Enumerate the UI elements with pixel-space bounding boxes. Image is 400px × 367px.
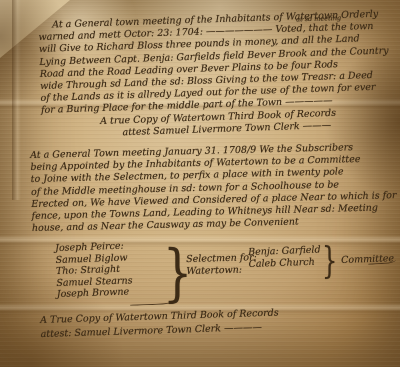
committee-role-label: Committee — [341, 253, 394, 267]
closing-attestation: A True Copy of Watertown Third Book of R… — [40, 307, 279, 341]
signature-name: Joseph Browne — [57, 287, 133, 301]
role-line: Selectmen for: — [186, 252, 257, 266]
paper-crease — [12, 0, 21, 200]
selectmen-role-label: Selectmen for: Watertown: — [186, 252, 257, 278]
record-1708-paragraph: At a General Town meeting January 31. 17… — [30, 141, 392, 235]
manuscript-page: At a General town meeting of the Inhabit… — [0, 0, 400, 367]
committee-signatures: Benja: Garfield Caleb Church — [248, 244, 321, 271]
role-line: Watertown: — [186, 264, 257, 278]
brace-glyph: } — [322, 240, 337, 282]
selectmen-signatures: Joseph Peirce: Samuel Biglow Tho: Straig… — [55, 240, 133, 301]
record-1704-paragraph: At a General town meeting of the Inhabit… — [38, 8, 393, 117]
signature-name: Caleb Church — [248, 256, 321, 271]
interline-insertion: at sd meeting — [296, 15, 341, 23]
